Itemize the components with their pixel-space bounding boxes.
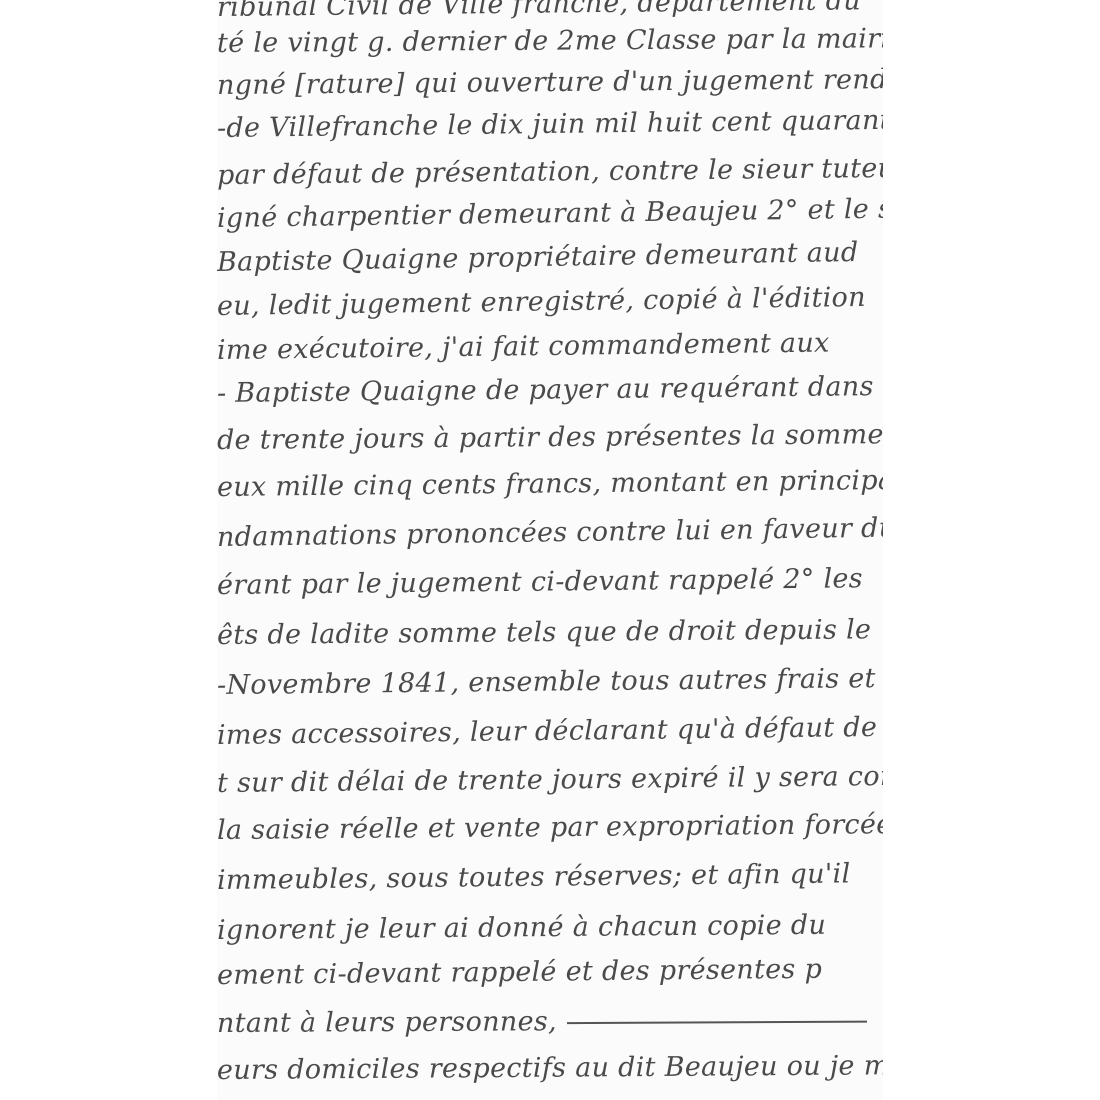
manuscript-line-15: êts de ladite somme tels que de droit de… <box>217 614 883 651</box>
manuscript-line-21: ignorent je leur ai donné à chacun copie… <box>217 909 883 946</box>
manuscript-line-18: t sur dit délai de trente jours expiré i… <box>217 760 883 799</box>
manuscript-line-19: la saisie réelle et vente par expropriat… <box>217 809 883 846</box>
manuscript-line-10: - Baptiste Quaigne de payer au requérant… <box>217 370 883 409</box>
manuscript-line-17: imes accessoires, leur déclarant qu'à dé… <box>217 711 883 751</box>
manuscript-line-7: Baptiste Quaigne propriétaire demeurant … <box>217 236 883 278</box>
document-viewport: ribunal Civil de Ville franche, départem… <box>0 0 1100 1100</box>
manuscript-line-14: érant par le jugement ci-devant rappelé … <box>217 562 883 601</box>
manuscript-line-6: igné charpentier demeurant à Beaujeu 2° … <box>217 193 883 234</box>
manuscript-line-9: ime exécutoire, j'ai fait commandement a… <box>217 326 883 366</box>
manuscript-page: ribunal Civil de Ville franche, départem… <box>217 0 883 1100</box>
manuscript-line-2: té le vingt g. dernier de 2me Classe par… <box>217 23 883 59</box>
manuscript-line-8: eu, ledit jugement enregistré, copié à l… <box>217 281 883 322</box>
line-fill-rule <box>567 1020 867 1024</box>
manuscript-line-3: ngné [rature] qui ouverture d'un jugemen… <box>217 64 883 101</box>
manuscript-line-11: de trente jours à partir des présentes l… <box>217 419 883 456</box>
manuscript-line-5: par défaut de présentation, contre le si… <box>217 152 883 191</box>
manuscript-line-13: ndamnations prononcées contre lui en fav… <box>217 512 883 553</box>
manuscript-line-24: eurs domiciles respectifs au dit Beaujeu… <box>217 1050 883 1086</box>
manuscript-line-22: ement ci-devant rappelé et des présentes… <box>217 952 883 991</box>
manuscript-line-4: -de Villefranche le dix juin mil huit ce… <box>217 104 883 144</box>
manuscript-line-23-text: ntant à leurs personnes, <box>217 1006 557 1039</box>
manuscript-line-23: ntant à leurs personnes, <box>217 1004 883 1039</box>
manuscript-line-12: eux mille cinq cents francs, montant en … <box>217 464 883 503</box>
manuscript-line-20: immeubles, sous toutes réserves; et afin… <box>217 857 883 896</box>
manuscript-line-16: -Novembre 1841, ensemble tous autres fra… <box>217 662 883 701</box>
manuscript-line-1: ribunal Civil de Ville franche, départem… <box>217 0 883 23</box>
